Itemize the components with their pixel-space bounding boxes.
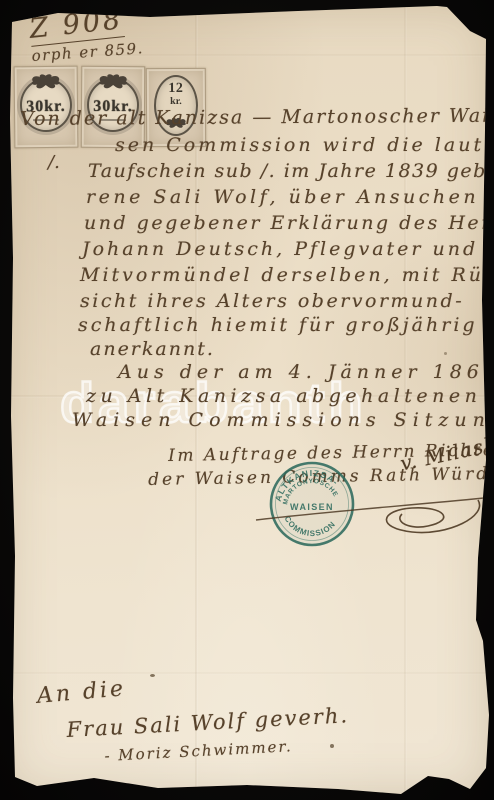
paper-speck [150,674,155,677]
address-secondary-name: - Moriz Schwimmer. [104,737,293,765]
double-eagle-icon [96,73,130,94]
handwritten-line: schaftlich hiemit für großjährig [78,314,478,336]
handwritten-line: Taufschein sub /. im Jahre 1839 gebo- [88,160,494,182]
handwritten-line: Von der alt Kanizsa — Martonoscher Wai [20,105,490,130]
signature-flourish [252,486,490,548]
paper-speck [444,352,447,355]
registry-number: Z 908 [28,4,125,45]
double-eagle-icon [29,73,63,94]
handwritten-line: und gegebener Erklärung des Herrn [84,212,494,234]
photo-background: darabanth Z 908 orph er 859. /. 30kr. 30… [0,0,494,800]
stamp-value-number: 12 [147,81,205,97]
handwritten-line: zu Alt Kanizsa abgehaltenen [86,385,481,407]
handwritten-line: Johann Deutsch, Pflegvater und [82,238,478,260]
address-recipient: Frau Sali Wolf geverh. [66,703,350,742]
paper-speck [330,744,334,748]
handwritten-line: sen Commission wird die laut [115,134,484,156]
margin-reference-mark: /. [48,152,60,173]
handwritten-line: anerkannt. [90,338,215,360]
document-paper: darabanth Z 908 orph er 859. /. 30kr. 30… [0,0,494,800]
handwritten-line: rene Sali Wolf, über Ansuchen [86,186,479,208]
handwritten-line: Aus der am 4. Jänner 1860 [118,361,494,383]
handwritten-line: Waisen Commissions Sitzung [72,409,494,431]
stamp-value-unit: kr. [147,96,205,107]
horizontal-crease-lower [10,672,486,675]
handwritten-line: Mitvormündel derselben, mit Rück- [80,264,494,286]
address-salutation: An die [36,676,127,709]
handwritten-line: sicht ihres Alters obervormund- [80,290,464,312]
